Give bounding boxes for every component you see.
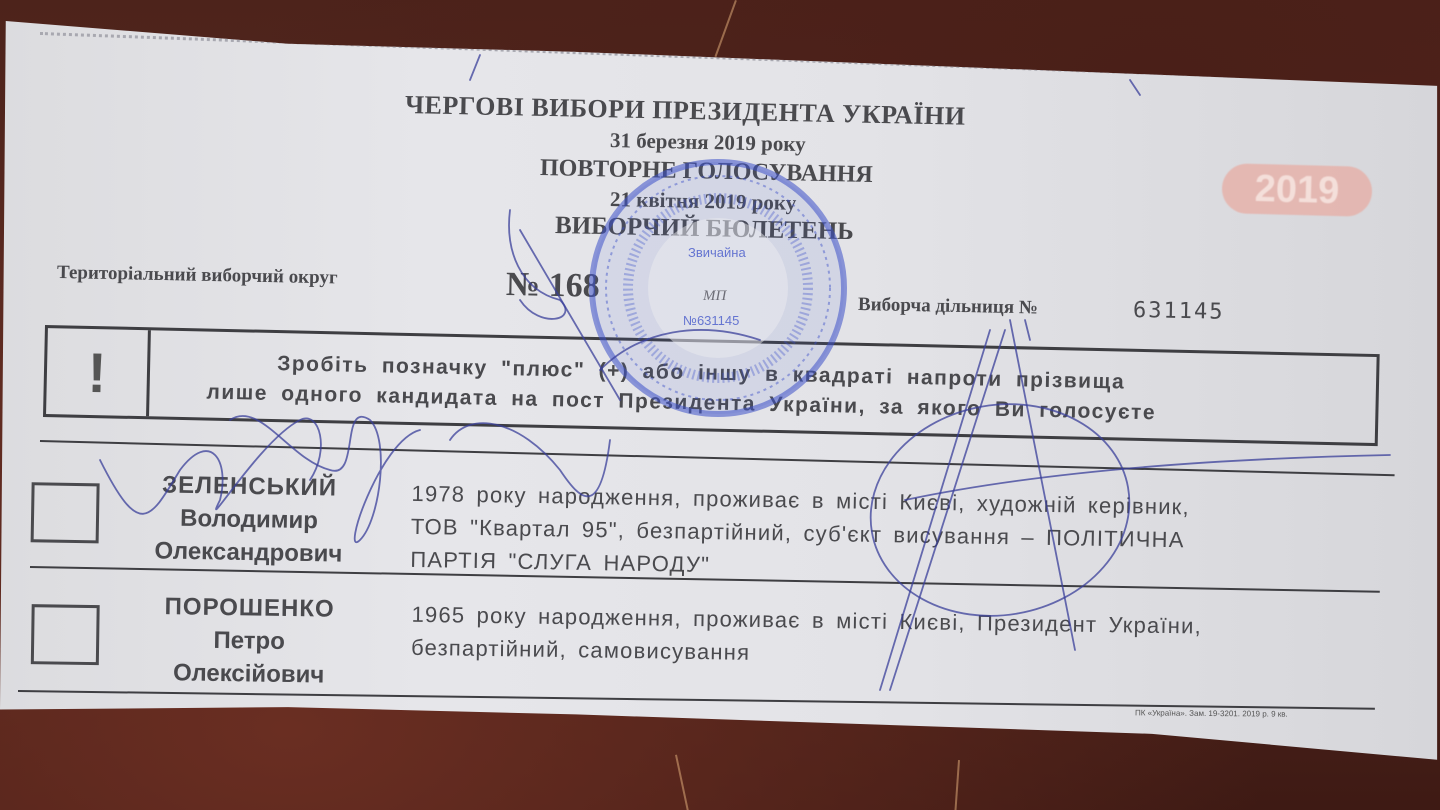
candidate-patronymic: Олексійович: [123, 656, 373, 693]
election-date: 31 березня 2019 року: [610, 128, 806, 157]
election-title: ЧЕРГОВІ ВИБОРИ ПРЕЗИДЕНТА УКРАЇНИ: [405, 90, 966, 132]
stamp-text: МП: [703, 288, 726, 305]
candidate-description: 1978 року народження, проживає в місті К…: [410, 477, 1392, 593]
candidate-name: ПОРОШЕНКО Петро Олексійович: [123, 590, 374, 693]
runoff-date: 21 квітня 2019 року: [610, 187, 797, 216]
candidate-patronymic: Олександрович: [123, 534, 374, 571]
runoff-label: ПОВТОРНЕ ГОЛОСУВАННЯ: [540, 155, 873, 189]
stamp-text: Звичайна: [688, 245, 746, 260]
polling-station-label: Виборча дільниця №: [858, 294, 1038, 319]
table-scratch: [714, 0, 736, 57]
printer-note: ПК «Україна». Зам. 19-3201. 2019 р. 9 кв…: [1135, 708, 1288, 718]
candidate-name: ЗЕЛЕНСЬКИЙ Володимир Олександрович: [123, 468, 375, 571]
year-badge: 2019: [1221, 163, 1372, 217]
candidate-surname: ЗЕЛЕНСЬКИЙ: [124, 468, 375, 505]
document-type: ВИБОРЧИЙ БЮЛЕТЕНЬ: [555, 212, 854, 246]
candidate-row: ПОРОШЕНКО Петро Олексійович 1965 року на…: [18, 584, 1399, 714]
instruction-text: Зробіть позначку "плюс" (+) або іншу в к…: [156, 346, 1366, 432]
candidate-checkbox[interactable]: [31, 604, 100, 665]
candidate-first-name: Володимир: [124, 501, 375, 538]
candidate-row: ЗЕЛЕНСЬКИЙ Володимир Олександрович 1978 …: [18, 462, 1400, 596]
candidate-description: 1965 року народження, проживає в місті К…: [411, 598, 1392, 679]
table-scratch: [675, 755, 689, 810]
district-label: Територіальний виборчий округ: [57, 262, 338, 289]
candidate-surname: ПОРОШЕНКО: [124, 590, 374, 627]
candidate-first-name: Петро: [124, 623, 374, 660]
table-scratch: [954, 760, 960, 810]
ballot-paper: 2019 ЧЕРГОВІ ВИБОРИ ПРЕЗИДЕНТА УКРАЇНИ 3…: [0, 0, 1440, 810]
candidate-checkbox[interactable]: [31, 482, 100, 543]
district-number: № 168: [506, 266, 600, 306]
polling-station-number: 631145: [1133, 298, 1225, 325]
instruction-box: ! Зробіть позначку "плюс" (+) або іншу в…: [43, 325, 1380, 446]
stamp-text: №631145: [683, 313, 739, 328]
exclamation-icon: !: [46, 328, 151, 416]
